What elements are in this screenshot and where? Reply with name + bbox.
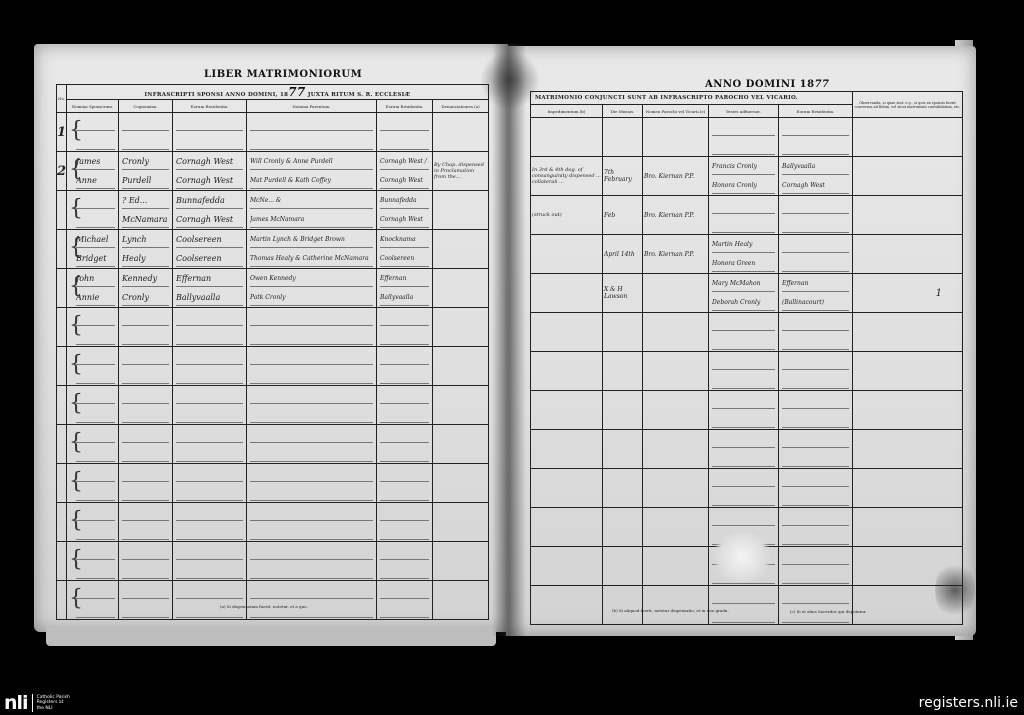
- library-stamp: [712, 532, 772, 582]
- handwritten-entry: (Ballinacourt): [782, 295, 849, 311]
- brace-mark: {: [69, 195, 83, 223]
- handwritten-entry: [712, 354, 775, 370]
- register-row: X & H LawsonMary McMahonDeborah CronlyEf…: [531, 274, 963, 313]
- handwritten-entry: [176, 329, 243, 345]
- left-page-title: LIBER MATRIMONIORUM: [204, 69, 362, 80]
- handwritten-entry: Cornagh West: [176, 154, 243, 170]
- brace-mark: {: [69, 312, 83, 340]
- handwritten-entry: [250, 524, 373, 540]
- handwritten-entry: [176, 505, 243, 521]
- no-column-header: No.: [57, 85, 67, 113]
- handwritten-entry: Patk Cronly: [250, 290, 373, 306]
- handwritten-entry: [176, 115, 243, 131]
- handwritten-entry: [380, 368, 429, 384]
- handwritten-entry: [250, 544, 373, 560]
- priest-cell: [643, 118, 709, 157]
- notes-cell: 1: [853, 274, 963, 313]
- handwritten-entry: [712, 393, 775, 409]
- register-row: {: [57, 386, 489, 425]
- logo-caption: Catholic Parish Registers at the NLI: [37, 695, 70, 712]
- handwritten-entry: [122, 544, 169, 560]
- handwritten-entry: [712, 198, 775, 214]
- handwritten-entry: [380, 602, 429, 618]
- brace-mark: {: [69, 429, 83, 457]
- right-title-prefix: ANNO DOMINI 18: [705, 79, 815, 90]
- banns-cell: [433, 347, 489, 386]
- handwritten-entry: [122, 583, 169, 599]
- handwritten-entry: [250, 427, 373, 443]
- register-row: {: [57, 425, 489, 464]
- handwritten-entry: [782, 393, 849, 409]
- handwritten-entry: [250, 466, 373, 482]
- handwritten-entry: [380, 329, 429, 345]
- impediment-cell: [531, 235, 603, 274]
- register-row: April 14thBro. Kiernan P.P.Martin HealyH…: [531, 235, 963, 274]
- priest-cell: [643, 586, 709, 625]
- left-table-header: INFRASCRIPTI SPONSI ANNO DOMINI, 1877 JU…: [67, 85, 489, 100]
- handwritten-entry: [122, 388, 169, 404]
- handwritten-entry: [250, 407, 373, 423]
- handwritten-entry: [782, 256, 849, 272]
- register-row: [531, 352, 963, 391]
- handwritten-entry: [782, 568, 849, 584]
- handwritten-entry: [782, 217, 849, 233]
- handwritten-entry: [122, 310, 169, 326]
- handwritten-entry: [250, 368, 373, 384]
- date-cell: [603, 508, 643, 547]
- handwritten-entry: Deborah Cronly: [712, 295, 775, 311]
- brace-mark: {: [69, 117, 83, 145]
- header-year: 77: [288, 85, 305, 99]
- impediment-cell: [531, 352, 603, 391]
- handwritten-entry: Kennedy: [122, 271, 169, 287]
- handwritten-entry: Cronly: [122, 154, 169, 170]
- date-cell: [603, 586, 643, 625]
- column-header: Eorum Residentia.: [377, 100, 433, 113]
- handwritten-entry: [176, 563, 243, 579]
- handwritten-entry: [712, 471, 775, 487]
- handwritten-entry: [782, 139, 849, 155]
- register-row: [531, 118, 963, 157]
- handwritten-entry: [122, 524, 169, 540]
- handwritten-entry: Martin Healy: [712, 237, 775, 253]
- register-row: {: [57, 347, 489, 386]
- handwritten-entry: Effernan: [176, 271, 243, 287]
- right-footnote-b: (b) Si aliquod fuerit, notetur dispensat…: [612, 608, 729, 613]
- handwritten-entry: [380, 505, 429, 521]
- right-page-title: ANNO DOMINI 1877: [705, 79, 830, 90]
- handwritten-entry: Honora Green: [712, 256, 775, 272]
- register-row: [531, 313, 963, 352]
- handwritten-entry: [122, 368, 169, 384]
- brace-mark: {: [69, 351, 83, 379]
- handwritten-entry: [712, 315, 775, 331]
- priest-cell: [643, 352, 709, 391]
- register-row: [531, 469, 963, 508]
- banns-cell: [433, 542, 489, 581]
- banns-cell: [433, 230, 489, 269]
- priest-cell: Bro. Kiernan P.P.: [643, 157, 709, 196]
- notes-cell: [853, 586, 963, 625]
- handwritten-entry: [380, 563, 429, 579]
- handwritten-entry: [782, 237, 849, 253]
- handwritten-entry: [250, 134, 373, 150]
- handwritten-entry: Bunnafedda: [380, 193, 429, 209]
- right-title-year: 77: [815, 79, 830, 90]
- handwritten-entry: Francis Cronly: [712, 159, 775, 175]
- handwritten-entry: [782, 588, 849, 604]
- handwritten-entry: Knocknama: [380, 232, 429, 248]
- banns-cell: [433, 308, 489, 347]
- register-row: [531, 430, 963, 469]
- handwritten-entry: Bunnafedda: [176, 193, 243, 209]
- handwritten-entry: [176, 583, 243, 599]
- handwritten-entry: [782, 529, 849, 545]
- header-suffix: JUXTA RITUM S. R. ECCLESIÆ: [308, 92, 411, 98]
- handwritten-entry: [782, 373, 849, 389]
- handwritten-entry: Coolsereen: [176, 251, 243, 267]
- register-row: 2{JamesAnneCronlyPurdellCornagh WestCorn…: [57, 152, 489, 191]
- brace-mark: {: [69, 585, 83, 613]
- handwritten-entry: Ballyvaalla: [176, 290, 243, 306]
- register-row: {: [57, 503, 489, 542]
- handwritten-entry: [176, 446, 243, 462]
- handwritten-entry: Ballyvaalla: [782, 159, 849, 175]
- brace-mark: {: [69, 273, 83, 301]
- date-cell: [603, 430, 643, 469]
- date-cell: [603, 118, 643, 157]
- handwritten-entry: [122, 134, 169, 150]
- underlying-page-edge: [46, 628, 496, 646]
- priest-cell: Bro. Kiernan P.P.: [643, 196, 709, 235]
- register-row: 1{: [57, 113, 489, 152]
- handwritten-entry: [712, 334, 775, 350]
- handwritten-entry: [782, 198, 849, 214]
- column-header: Eorum Residentia.: [779, 105, 853, 118]
- register-row: {: [57, 542, 489, 581]
- handwritten-entry: Cornagh West: [176, 173, 243, 189]
- handwritten-entry: [176, 388, 243, 404]
- impediment-cell: [531, 586, 603, 625]
- handwritten-entry: [176, 544, 243, 560]
- handwritten-entry: [122, 427, 169, 443]
- column-header: Impedimentum.(b): [531, 105, 603, 118]
- handwritten-entry: [122, 407, 169, 423]
- handwritten-entry: Mat Purdell & Kath Coffey: [250, 173, 373, 189]
- handwritten-entry: [250, 310, 373, 326]
- impediment-cell: [531, 118, 603, 157]
- handwritten-entry: [122, 115, 169, 131]
- column-header: Denunciationes.(a): [433, 100, 489, 113]
- logo-caption-line: the NLI: [37, 706, 70, 712]
- brace-mark: {: [69, 234, 83, 262]
- handwritten-entry: Cornagh West: [380, 173, 429, 189]
- column-header: Nomen Parochi vel Vicarii.(c): [643, 105, 709, 118]
- banns-cell: [433, 191, 489, 230]
- handwritten-entry: [176, 407, 243, 423]
- entry-number: 2: [57, 164, 66, 179]
- priest-cell: [643, 313, 709, 352]
- handwritten-entry: Mary McMahon: [712, 276, 775, 292]
- handwritten-entry: [782, 451, 849, 467]
- register-row: In 3rd & 4th deg. of consanguinity dispe…: [531, 157, 963, 196]
- logo-divider: [32, 694, 33, 712]
- handwritten-entry: [712, 490, 775, 506]
- impediment-cell: [531, 430, 603, 469]
- handwritten-entry: [782, 490, 849, 506]
- handwritten-entry: [176, 349, 243, 365]
- priest-cell: [643, 430, 709, 469]
- handwritten-entry: [380, 427, 429, 443]
- handwritten-entry: [122, 446, 169, 462]
- banns-cell: [433, 464, 489, 503]
- brace-mark: {: [69, 468, 83, 496]
- date-cell: [603, 547, 643, 586]
- handwritten-entry: [712, 432, 775, 448]
- handwritten-entry: [380, 115, 429, 131]
- handwritten-entry: [380, 446, 429, 462]
- handwritten-entry: Effernan: [380, 271, 429, 287]
- handwritten-entry: Ballyvaalla: [380, 290, 429, 306]
- handwritten-entry: Healy: [122, 251, 169, 267]
- handwritten-entry: ? Ed...: [122, 193, 169, 209]
- handwritten-entry: [380, 524, 429, 540]
- date-cell: [603, 391, 643, 430]
- impediment-cell: (struck out): [531, 196, 603, 235]
- header-prefix: INFRASCRIPTI SPONSI ANNO DOMINI, 18: [145, 92, 289, 98]
- register-row: (struck out)FebBro. Kiernan P.P.: [531, 196, 963, 235]
- handwritten-entry: [122, 329, 169, 345]
- handwritten-entry: [380, 310, 429, 326]
- handwritten-entry: [250, 388, 373, 404]
- notes-cell: [853, 235, 963, 274]
- banns-cell: [433, 503, 489, 542]
- handwritten-entry: Cornagh West / Ballyvaalla: [380, 154, 429, 170]
- handwritten-entry: [712, 588, 775, 604]
- priest-cell: [643, 469, 709, 508]
- handwritten-entry: Coolsereen: [176, 232, 243, 248]
- handwritten-entry: Coolsereen: [380, 251, 429, 267]
- impediment-cell: [531, 274, 603, 313]
- handwritten-entry: Thomas Healy & Catherine McNamara: [250, 251, 373, 267]
- notes-cell: [853, 430, 963, 469]
- notes-cell: [853, 547, 963, 586]
- handwritten-entry: [176, 134, 243, 150]
- handwritten-entry: [122, 485, 169, 501]
- handwritten-entry: [712, 451, 775, 467]
- marriage-register-left-table: No. INFRASCRIPTI SPONSI ANNO DOMINI, 187…: [56, 84, 489, 620]
- banns-cell: [433, 386, 489, 425]
- impediment-cell: [531, 508, 603, 547]
- right-footnote-c: (c) Si et alius Sacerdos qui deputatur.: [790, 609, 867, 614]
- priest-cell: [643, 391, 709, 430]
- handwritten-entry: [782, 432, 849, 448]
- book-gutter: [492, 44, 526, 636]
- handwritten-entry: [782, 549, 849, 565]
- handwritten-entry: [782, 354, 849, 370]
- handwritten-entry: [782, 471, 849, 487]
- handwritten-entry: [122, 466, 169, 482]
- date-cell: [603, 469, 643, 508]
- priest-cell: [643, 547, 709, 586]
- impediment-cell: In 3rd & 4th deg. of consanguinity dispe…: [531, 157, 603, 196]
- notes-cell: [853, 157, 963, 196]
- register-row: {JohnAnnieKennedyCronlyEffernanBallyvaal…: [57, 269, 489, 308]
- handwritten-entry: [250, 583, 373, 599]
- handwritten-entry: [712, 217, 775, 233]
- handwritten-entry: [250, 485, 373, 501]
- date-cell: [603, 352, 643, 391]
- handwritten-entry: [176, 368, 243, 384]
- handwritten-entry: Cronly: [122, 290, 169, 306]
- column-header: Cognomina.: [119, 100, 173, 113]
- handwritten-entry: [782, 334, 849, 350]
- handwritten-entry: McNamara: [122, 212, 169, 228]
- notes-cell: [853, 196, 963, 235]
- column-header: Testes adfuerunt.: [709, 105, 779, 118]
- handwritten-entry: [380, 134, 429, 150]
- notes-cell: [853, 118, 963, 157]
- handwritten-entry: Cornagh West: [380, 212, 429, 228]
- handwritten-entry: Cornagh West: [782, 178, 849, 194]
- priest-cell: [643, 508, 709, 547]
- handwritten-entry: [122, 602, 169, 618]
- date-cell: [603, 313, 643, 352]
- column-header: Eorum Residentia.: [173, 100, 247, 113]
- handwritten-entry: [782, 315, 849, 331]
- notes-cell: [853, 391, 963, 430]
- observanda-header: Observanda, si quae sint: e.g., si quis …: [853, 92, 963, 118]
- register-row: [531, 391, 963, 430]
- handwritten-entry: [782, 412, 849, 428]
- site-url-link[interactable]: registers.nli.ie: [919, 695, 1018, 711]
- nli-logo[interactable]: nli Catholic Parish Registers at the NLI: [4, 692, 70, 714]
- notes-cell: [853, 313, 963, 352]
- notes-cell: [853, 508, 963, 547]
- handwritten-entry: [380, 466, 429, 482]
- notes-cell: [853, 352, 963, 391]
- handwritten-entry: [176, 310, 243, 326]
- handwritten-entry: [176, 485, 243, 501]
- handwritten-entry: James McNamara: [250, 212, 373, 228]
- impediment-cell: [531, 547, 603, 586]
- impediment-cell: [531, 391, 603, 430]
- entry-number: 1: [57, 125, 66, 140]
- banns-cell: [433, 425, 489, 464]
- banns-cell: [433, 581, 489, 620]
- handwritten-entry: [176, 466, 243, 482]
- register-row: [531, 586, 963, 625]
- handwritten-entry: [122, 349, 169, 365]
- right-table-header: MATRIMONIO CONJUNCTI SUNT AB INFRASCRIPT…: [531, 92, 853, 105]
- handwritten-entry: McNe... &: [250, 193, 373, 209]
- register-row: {: [57, 581, 489, 620]
- column-header: Nomina Sponsorum.: [67, 100, 119, 113]
- handwritten-entry: [250, 115, 373, 131]
- handwritten-entry: [122, 563, 169, 579]
- banns-cell: [433, 269, 489, 308]
- handwritten-entry: Martin Lynch & Bridget Brown: [250, 232, 373, 248]
- handwritten-entry: [122, 505, 169, 521]
- notes-cell: [853, 469, 963, 508]
- handwritten-entry: [250, 505, 373, 521]
- handwritten-entry: Honora Cronly: [712, 178, 775, 194]
- handwritten-entry: [380, 349, 429, 365]
- handwritten-entry: [250, 446, 373, 462]
- banns-cell: [433, 113, 489, 152]
- handwritten-entry: Will Cronly & Anne Purdell: [250, 154, 373, 170]
- register-row: {MichaelBridgetLynchHealyCoolsereenCools…: [57, 230, 489, 269]
- brace-mark: {: [69, 390, 83, 418]
- left-footnote: (a) Si dispensatum fuerit, notetur, et a…: [220, 604, 308, 609]
- handwritten-entry: [380, 407, 429, 423]
- banns-cell: By Chap. dispensed in Proclamation from …: [433, 152, 489, 191]
- brace-mark: {: [69, 507, 83, 535]
- date-cell: X & H Lawson: [603, 274, 643, 313]
- handwritten-entry: Purdell: [122, 173, 169, 189]
- handwritten-entry: Lynch: [122, 232, 169, 248]
- handwritten-entry: [250, 563, 373, 579]
- handwritten-entry: [712, 139, 775, 155]
- handwritten-entry: [380, 388, 429, 404]
- column-header: Die Mensis.: [603, 105, 643, 118]
- impediment-cell: [531, 313, 603, 352]
- handwritten-entry: [380, 544, 429, 560]
- priest-cell: [643, 274, 709, 313]
- register-row: {: [57, 464, 489, 503]
- handwritten-entry: [782, 510, 849, 526]
- handwritten-entry: [176, 427, 243, 443]
- date-cell: 7th February: [603, 157, 643, 196]
- handwritten-entry: Owen Kennedy: [250, 271, 373, 287]
- register-row: {? Ed...McNamaraBunnafeddaCornagh WestMc…: [57, 191, 489, 230]
- nli-logo-text: nli: [4, 692, 28, 714]
- brace-mark: {: [69, 156, 83, 184]
- handwritten-entry: [380, 485, 429, 501]
- handwritten-entry: [176, 524, 243, 540]
- priest-cell: Bro. Kiernan P.P.: [643, 235, 709, 274]
- handwritten-entry: [712, 412, 775, 428]
- handwritten-entry: [712, 510, 775, 526]
- handwritten-entry: [380, 583, 429, 599]
- handwritten-entry: [782, 120, 849, 136]
- handwritten-entry: [712, 120, 775, 136]
- handwritten-entry: Cornagh West: [176, 212, 243, 228]
- handwritten-entry: [712, 373, 775, 389]
- handwritten-entry: Effernan: [782, 276, 849, 292]
- impediment-cell: [531, 469, 603, 508]
- date-cell: April 14th: [603, 235, 643, 274]
- date-cell: Feb: [603, 196, 643, 235]
- column-header: Nomina Parentum.: [247, 100, 377, 113]
- register-row: {: [57, 308, 489, 347]
- handwritten-entry: [250, 349, 373, 365]
- handwritten-entry: [250, 329, 373, 345]
- brace-mark: {: [69, 546, 83, 574]
